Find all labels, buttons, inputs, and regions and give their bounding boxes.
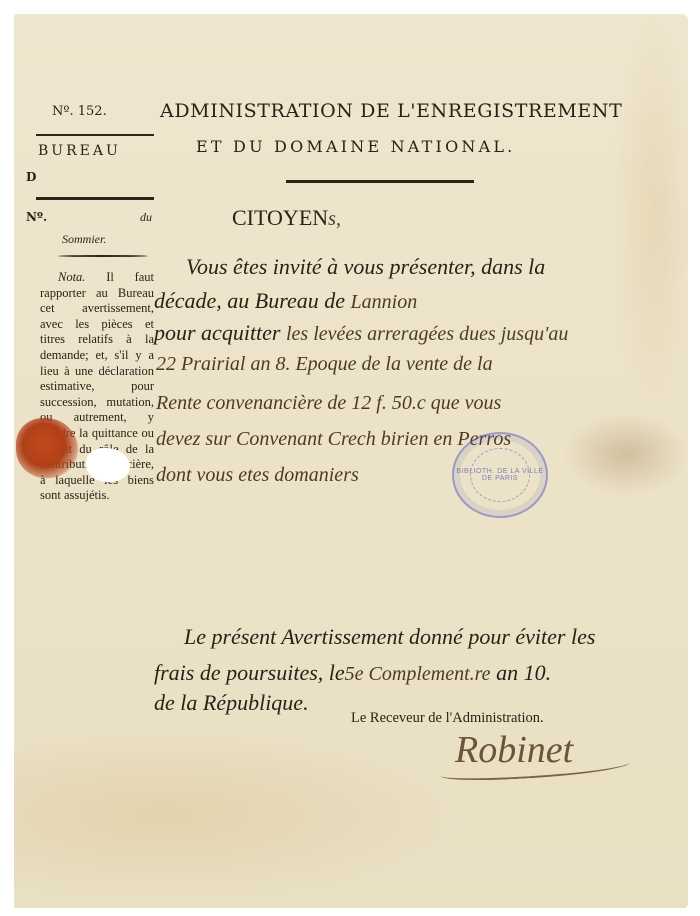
left-rule-middle	[36, 197, 154, 200]
document-number: Nº. 152.	[52, 104, 107, 119]
stamp-text: BIBLIOTH. DE LA VILLE DE PARIS	[454, 468, 546, 482]
bureau-location-handwritten: Lannion	[351, 291, 418, 313]
body-line-4-handwritten: 22 Prairial an 8. Epoque de la vente de …	[156, 353, 493, 376]
closing-line-3: de la République.	[154, 690, 309, 716]
domaine-title: ET DU DOMAINE NATIONAL.	[196, 137, 515, 156]
library-stamp: BIBLIOTH. DE LA VILLE DE PARIS	[452, 432, 548, 518]
sommier-label: Sommier.	[62, 232, 106, 247]
bureau-label: BUREAU	[38, 143, 121, 159]
closing-line-2-printed: frais de poursuites, le	[154, 660, 345, 685]
date-handwritten: 5e Complement.re	[345, 663, 491, 685]
d-label: D	[26, 170, 36, 184]
administration-title: ADMINISTRATION DE L'ENREGISTREMENT	[160, 100, 622, 122]
du-label: du	[140, 210, 152, 225]
left-rule-top	[36, 134, 154, 136]
body-line-2-printed: décade, au Bureau de	[154, 288, 345, 313]
closing-year: an 10.	[496, 660, 551, 685]
body-line-3-printed: pour acquitter	[154, 320, 281, 345]
salutation: CITOYENs,	[232, 205, 341, 231]
body-line-2: décade, au Bureau de Lannion	[154, 288, 417, 314]
header-divider	[286, 180, 474, 183]
receveur-label: Le Receveur de l'Administration.	[351, 710, 544, 727]
sommier-number-label: Nº.	[26, 210, 47, 224]
brace-ornament	[58, 255, 148, 257]
closing-line-1: Le présent Avertissement donné pour évit…	[184, 624, 595, 650]
wax-seal-stain	[16, 418, 78, 478]
nota-label: Nota.	[58, 270, 85, 284]
body-line-5-handwritten: Rente convenancière de 12 f. 50.c que vo…	[156, 392, 501, 415]
closing-line-2: frais de poursuites, le5e Complement.re …	[154, 660, 551, 686]
salutation-handwritten: s,	[328, 208, 341, 230]
body-line-3-handwritten: les levées arreragées dues jusqu'au	[286, 323, 568, 345]
salutation-printed: CITOYEN	[232, 205, 328, 230]
body-line-6-handwritten: devez sur Convenant Crech birien en Perr…	[156, 428, 511, 451]
body-line-3: pour acquitter les levées arreragées due…	[154, 320, 568, 346]
paper-hole	[86, 448, 130, 482]
body-line-1: Vous êtes invité à vous présenter, dans …	[186, 254, 545, 280]
body-line-7-handwritten: dont vous etes domaniers	[156, 464, 359, 487]
